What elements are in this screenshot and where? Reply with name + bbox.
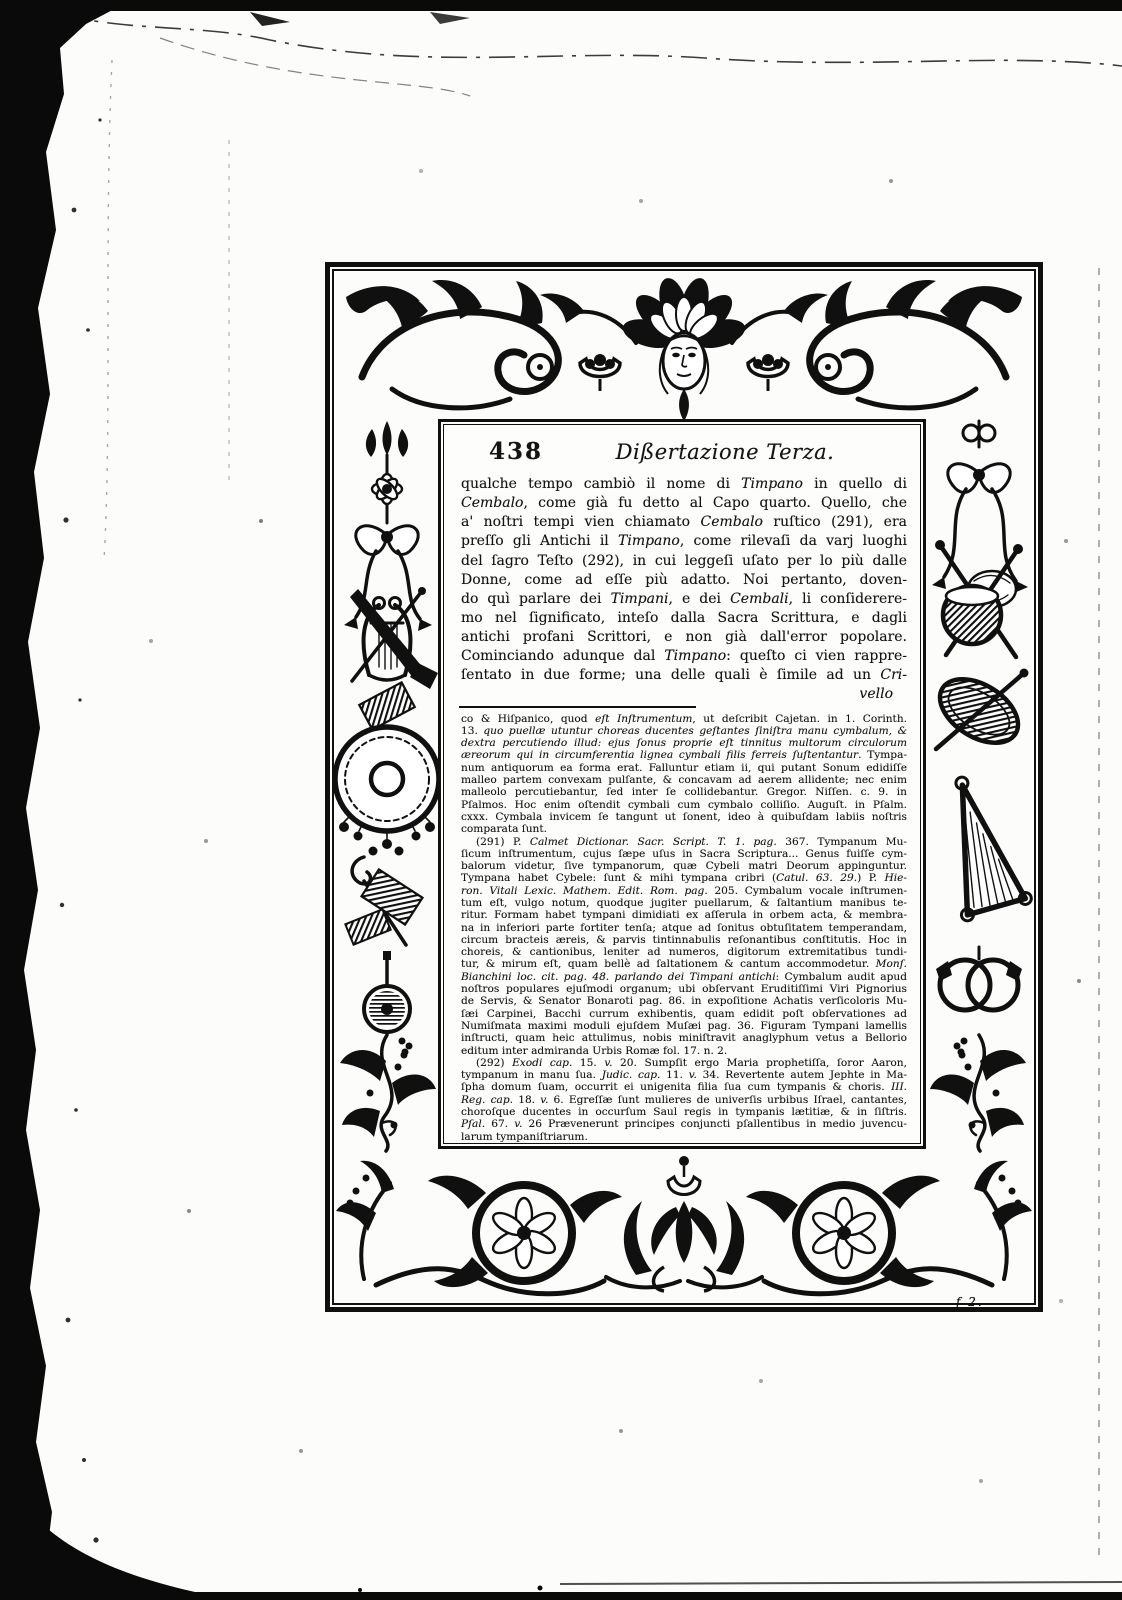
text-line: Numiſmata maximi moduli ejuſdem Muſæi pa… (461, 1020, 907, 1032)
left-border-instrument-trophy-icon (336, 419, 438, 1151)
text-line: noſtros populares ejuſmodi organum; ubi … (461, 983, 907, 995)
text-line: (291) P. Calmet Dictionar. Sacr. Script.… (461, 836, 907, 848)
text-line: balorum videtur, ſive tympanorum, quæ Cy… (461, 860, 907, 872)
footnote-continuation-block: co & Hiſpanico, quod eſt Inſtrumentum, u… (461, 713, 907, 836)
text-line: æreorum qui in circumferentia lignea cym… (461, 749, 907, 761)
text-panel: 438 Dißertazione Terza. qualche tempo ca… (438, 419, 926, 1149)
right-border-instrument-trophy-icon (928, 419, 1030, 1151)
text-line: malleolo percutiebantur, ſed inter ſe co… (461, 786, 907, 798)
frame-inner-rule: 438 Dißertazione Terza. qualche tempo ca… (332, 269, 1036, 1305)
text-line: antichi profani Scrittori, e non già dal… (461, 628, 907, 647)
text-line: Bianchini loc. cit. pag. 48. parlando de… (461, 971, 907, 983)
text-line: malleo partem convexam pulſante, & conca… (461, 774, 907, 786)
text-line: choroſque ducentes in occurſum Saul regi… (461, 1106, 907, 1118)
text-line: del ſagro Teſto (292), in cui leggeſi uſ… (461, 552, 907, 571)
text-line: editum inter admiranda Urbis Romæ fol. 1… (461, 1045, 907, 1057)
text-line: Donne, come ad eſſe più adatto. Noi pert… (461, 571, 907, 590)
text-line: Cembalo, come già fu detto al Capo quart… (461, 494, 907, 513)
bottom-border-engraving-icon (336, 1151, 1032, 1301)
text-panel-content: 438 Dißertazione Terza. qualche tempo ca… (444, 425, 920, 1143)
page-header: 438 Dißertazione Terza. (461, 438, 907, 467)
text-line: Cominciando adunque dal Timpano: queſto … (461, 647, 907, 666)
text-line: larum tympaniſtriarum. (461, 1131, 907, 1143)
mask-face (620, 275, 748, 421)
top-border-engraving-mask-icon (336, 273, 1032, 419)
text-line: Pſal. 67. v. 26 Prævenerunt principes co… (461, 1118, 907, 1130)
scan-edge-bottom (0, 1470, 1122, 1600)
page-crease (1098, 268, 1100, 1563)
text-line: inſtructi, quam heic attulimus, nobis mi… (461, 1032, 907, 1044)
text-line: qualche tempo cambiò il nome di Timpano … (461, 475, 907, 494)
torn-page-edge-left (0, 0, 160, 1600)
text-line: 13. quo puellæ utuntur choreas ducentes … (461, 725, 907, 737)
footnote-291-block: (291) P. Calmet Dictionar. Sacr. Script.… (461, 836, 907, 1057)
text-line: cxxx. Cymbala invicem ſe tangunt ut ſone… (461, 811, 907, 823)
page-number: 438 (489, 438, 543, 465)
text-line: ſæi Carpinei, Bacchi currum exhibentis, … (461, 1008, 907, 1020)
signature-mark: f 2. (956, 1295, 984, 1309)
text-line: comparata ſunt. (461, 823, 907, 835)
fold-mark (228, 140, 230, 480)
text-line: ſicum inſtrumentum, cujus ſæpe uſus in S… (461, 848, 907, 860)
text-line: tum eſt, vulgo notum, quodque jugiter pu… (461, 897, 907, 909)
text-line: Pſalmos. Hoc enim oſtendit cymbali cum c… (461, 799, 907, 811)
catchword: vello (461, 686, 907, 703)
text-line: ſpha domum ſuam, occurrit ei unigenita f… (461, 1081, 907, 1093)
text-line: Reg. cap. 18. v. 6. Egreſſæ ſunt muliere… (461, 1094, 907, 1106)
footnote-separator-rule (459, 706, 696, 708)
central-palmette (651, 1156, 717, 1291)
text-line: ritur. Formam habet tympani dimidiati ex… (461, 909, 907, 921)
page-title: Dißertazione Terza. (543, 440, 907, 464)
engraved-border-frame: 438 Dißertazione Terza. qualche tempo ca… (325, 262, 1043, 1312)
text-line: ſentato in due forme; una delle quali è … (461, 666, 907, 685)
text-line: na in inferiori parte fortiter tenſa; at… (461, 922, 907, 934)
text-line: preſſo gli Antichi il Timpano, come rile… (461, 532, 907, 551)
text-line: choreis, & cantionibus, leniter ad numer… (461, 946, 907, 958)
footnote-292-block: (292) Exodi cap. 15. v. 20. Sumpſit ergo… (461, 1057, 907, 1143)
text-line: (292) Exodi cap. 15. v. 20. Sumpſit ergo… (461, 1057, 907, 1069)
text-line: mo nel ſignificato, inteſo dalla Sacra S… (461, 609, 907, 628)
text-line: dextra percutiendo illud: ejus ſonus pro… (461, 737, 907, 749)
text-panel-inner-rule: 438 Dißertazione Terza. qualche tempo ca… (443, 424, 921, 1144)
text-line: do quì parlare dei Timpani, e dei Cembal… (461, 590, 907, 609)
main-text-block: qualche tempo cambiò il nome di Timpano … (461, 475, 907, 686)
paper-speckles (0, 0, 2, 2)
text-line: de Servis, & Senator Bonaroti pag. 86. i… (461, 995, 907, 1007)
text-line: tur, & mirum eſt, quam bellè ad ſaltatio… (461, 958, 907, 970)
scan-edge-top (0, 0, 1122, 110)
text-line: a' noſtri tempi vien chiamato Cembalo ru… (461, 513, 907, 532)
text-line: Tympana habet Cybele: ſunt & mihi tympan… (461, 872, 907, 884)
scanned-book-page: { "header": { "page_number": "438", "tit… (0, 0, 1122, 1600)
text-line: num antiquorum ea forma erat. Falluntur … (461, 762, 907, 774)
text-line: ron. Vitali Lexic. Mathem. Edit. Rom. pa… (461, 885, 907, 897)
text-line: circum bracteis æreis, & parvis tintinna… (461, 934, 907, 946)
text-line: co & Hiſpanico, quod eſt Inſtrumentum, u… (461, 713, 907, 725)
text-line: tympanum in manu ſua. Judic. cap. 11. v.… (461, 1069, 907, 1081)
